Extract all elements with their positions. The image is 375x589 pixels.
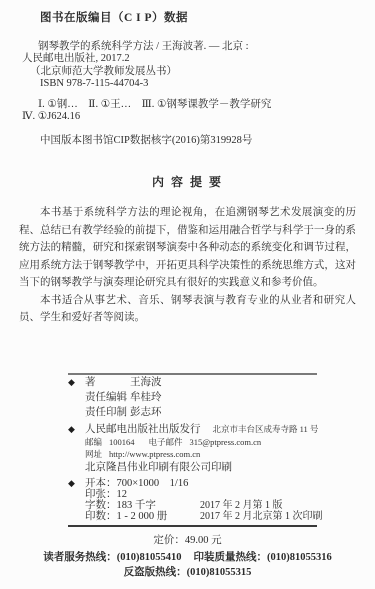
credit-value: 王海波	[130, 375, 162, 390]
wordcount-edition-row: 字数：183 千字 2017 年 2 月第 1 版	[0, 500, 375, 511]
quality-hotline: 印装质量热线：(010)81055316	[194, 552, 332, 563]
credit-row-printing-supervisor: 责任印制 彭志环	[0, 405, 375, 420]
price-line: 定价：49.00 元	[0, 532, 375, 547]
summary-paragraph-1: 本书基于系统科学方法的理论视角，在追溯钢琴艺术发展演变的历程、总结已有教学经验的…	[19, 204, 356, 292]
colophon-block: ◆ 著 王海波 责任编辑 牟桂玲 责任印制 彭志环 ◆ 人民邮电出版社出版发行 …	[0, 368, 375, 580]
hotline-line-1: 读者服务热线：(010)81055410印装质量热线：(010)81055316	[0, 551, 375, 566]
website-row: 网址 http://www.ptpress.com.cn	[0, 448, 375, 461]
format-value: 开本：700×1000 1/16	[85, 478, 188, 489]
printing-value: 2017 年 2 月北京第 1 次印刷	[200, 511, 323, 522]
copies-value: 印数：1 - 2 000 册	[85, 511, 200, 522]
content-summary-section: 内 容 提 要 本书基于系统科学方法的理论视角，在追溯钢琴艺术发展演变的历程、总…	[0, 173, 375, 327]
edition-value: 2017 年 2 月第 1 版	[200, 500, 283, 511]
email-label: 电子邮件	[149, 436, 183, 449]
cip-title-line: 钢琴教学的系统科学方法 / 王海波著. — 北京 :	[38, 41, 375, 54]
sheets-value: 印张：12	[85, 489, 127, 500]
cip-publisher-line: 人民邮电出版社, 2017.2	[22, 53, 375, 66]
credit-row-author: ◆ 著 王海波	[0, 375, 375, 390]
cip-class-line-2: Ⅳ. ①J624.16	[22, 111, 375, 124]
credit-row-editor: 责任编辑 牟桂玲	[0, 390, 375, 405]
cip-record-number: 中国版本图书馆CIP数据核字(2016)第319928号	[40, 135, 375, 148]
copies-printing-row: 印数：1 - 2 000 册 2017 年 2 月北京第 1 次印刷	[0, 511, 375, 522]
cip-series-line: （北京师范大学教师发展丛书）	[30, 66, 375, 79]
diamond-bullet-icon: ◆	[68, 375, 85, 390]
wordcount-value: 字数：183 千字	[85, 500, 200, 511]
reader-hotline: 读者服务热线：(010)81055410	[43, 552, 181, 563]
website-label: 网址	[85, 448, 102, 461]
credit-label: 责任编辑	[85, 390, 130, 405]
postcode-email-row: 邮编 100164 电子邮件 315@ptpress.com.cn	[0, 436, 375, 449]
diamond-bullet-icon: ◆	[68, 478, 85, 489]
summary-heading: 内 容 提 要	[19, 173, 356, 190]
postcode-label: 邮编	[85, 436, 102, 449]
copyright-page: 图书在版编目（C I P）数据 钢琴教学的系统科学方法 / 王海波著. — 北京…	[0, 0, 375, 589]
credit-value: 牟桂玲	[130, 390, 162, 405]
cip-class-line-1: Ⅰ. ①钢… Ⅱ. ①王… Ⅲ. ①钢琴课教学－教学研究	[38, 99, 375, 112]
summary-paragraph-2: 本书适合从事艺术、音乐、钢琴表演与教育专业的从业者和研究人员、学生和爱好者等阅读…	[19, 292, 356, 327]
credit-label: 著	[85, 375, 130, 390]
credit-value: 彭志环	[130, 405, 162, 420]
sheets-row: 印张：12	[0, 489, 375, 500]
email-value: 315@ptpress.com.cn	[190, 436, 262, 449]
printer-row: 北京隆昌伟业印刷有限公司印刷	[0, 461, 375, 474]
cip-classification: Ⅰ. ①钢… Ⅱ. ①王… Ⅲ. ①钢琴课教学－教学研究 Ⅳ. ①J624.16	[22, 99, 375, 124]
publisher-address: 北京市丰台区成寿寺路 11 号	[213, 423, 319, 436]
postcode-value: 100164	[109, 436, 135, 449]
printer-name: 北京隆昌伟业印刷有限公司印刷	[85, 461, 232, 474]
publisher-name: 人民邮电出版社出版发行	[85, 423, 201, 436]
bottom-rule-divider	[68, 525, 317, 528]
diamond-bullet-icon: ◆	[68, 423, 85, 436]
hotlines: 读者服务热线：(010)81055410印装质量热线：(010)81055316…	[0, 551, 375, 580]
website-url: http://www.ptpress.com.cn	[109, 448, 200, 461]
format-row: ◆ 开本：700×1000 1/16	[0, 478, 375, 489]
cip-isbn-line: ISBN 978-7-115-44704-3	[40, 78, 375, 91]
cip-heading: 图书在版编目（C I P）数据	[40, 12, 375, 25]
credit-label: 责任印制	[85, 405, 130, 420]
antipiracy-hotline: 反盗版热线：(010)81055315	[0, 566, 375, 581]
cip-block: 图书在版编目（C I P）数据 钢琴教学的系统科学方法 / 王海波著. — 北京…	[0, 0, 375, 147]
publisher-row: ◆ 人民邮电出版社出版发行 北京市丰台区成寿寺路 11 号	[0, 423, 375, 436]
